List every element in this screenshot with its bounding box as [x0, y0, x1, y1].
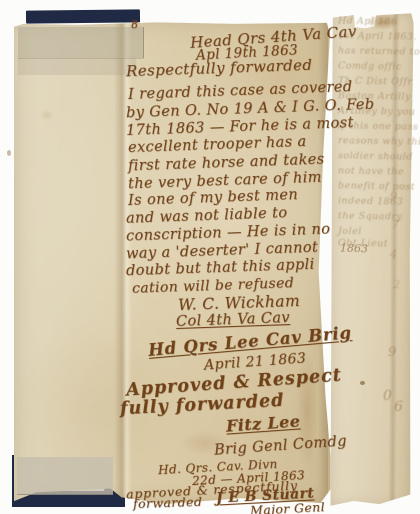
page-number-mark: 8: [130, 19, 139, 31]
strip-faint-line: Comdg offic: [338, 61, 402, 72]
strip-mark: 0: [383, 388, 392, 404]
line-stuart-rank: Major Genl: [250, 501, 326, 514]
strip-faint-line: if this one pass: [338, 121, 419, 132]
strip-faint-line: 1st April 1863.: [338, 31, 417, 42]
strip-faint-line: has returned to: [338, 46, 420, 57]
line-stuart-approved-2: forwarded: [133, 496, 203, 511]
strip-faint-line: Th C Dist Offr: [338, 76, 413, 87]
tape-top-left: [18, 27, 144, 58]
strip-faint-line: Jolel: [338, 227, 362, 237]
strip-mark: 4: [390, 248, 397, 261]
tape-bottom-left: [17, 457, 113, 495]
strip-faint-line: Boston Artilly: [338, 91, 411, 102]
strip-mark: 9: [390, 190, 397, 203]
strip-year-1863: 1863: [340, 242, 368, 256]
document-photo: 8 Head Qrs 4th Va Cav Apl 19th 1863 Resp…: [0, 0, 420, 514]
strip-mark: 6: [394, 399, 403, 415]
strip-faint-line: soldier should: [338, 151, 413, 162]
binding-top-edge: [26, 9, 140, 23]
strip-faint-line: Hd Apl 186: [338, 16, 398, 27]
strip-faint-line: Artilley by you: [338, 106, 416, 117]
strip-mark: 9: [388, 345, 396, 360]
strip-faint-line: reasons why this: [338, 136, 420, 147]
strip-faint-line: benefit of post: [338, 181, 415, 192]
ink-speck-2: [7, 150, 11, 156]
strip-faint-line: not have the: [338, 166, 404, 177]
strip-mark: 7: [392, 218, 399, 231]
strip-mark: 2: [393, 278, 400, 291]
